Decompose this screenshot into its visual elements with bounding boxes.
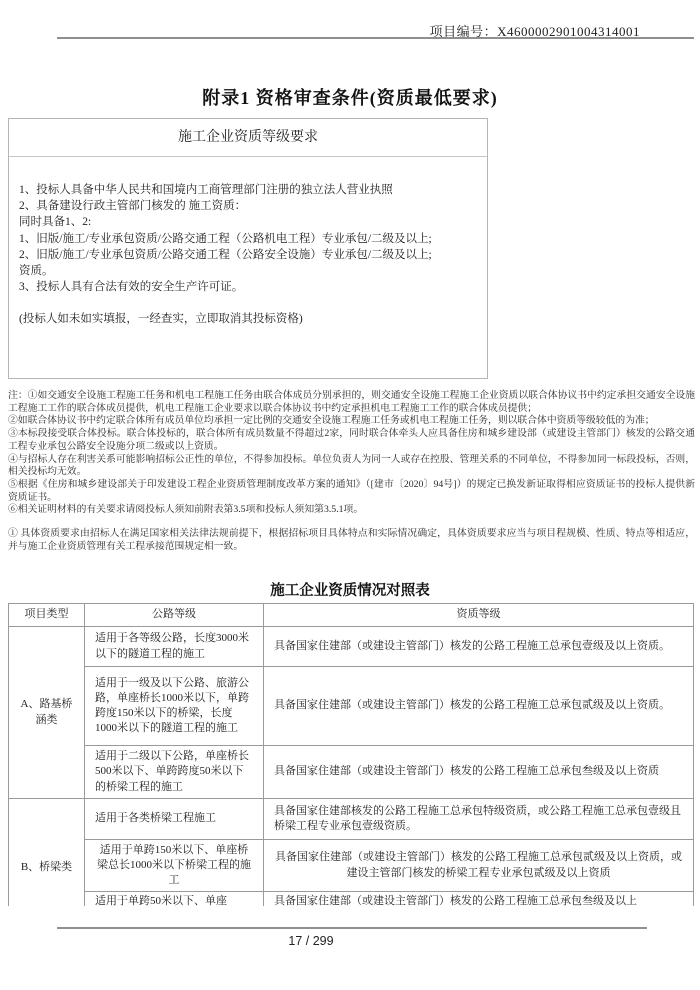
table-row: B、桥梁类 适用于各类桥梁工程施工 具备国家住建部核发的公路工程施工总承包特级资… (9, 799, 694, 840)
category-cell-b: B、桥梁类 (9, 799, 85, 907)
qualification-cell: 具备国家住建部（或建设主管部门）核发的公路工程施工总承包贰级及以上资质，或建设主… (264, 840, 694, 892)
header-rule (57, 37, 694, 39)
note-item: ④与招标人存在利害关系可能影响招标公正性的单位，不得参加投标。单位负责人为同一人… (8, 454, 695, 479)
qualification-line: 资质。 (19, 263, 477, 279)
qualification-box-title: 施工企业资质等级要求 (9, 119, 487, 157)
comparison-table-container: 项目类型 公路等级 资质等级 A、路基桥涵类 适用于各等级公路，长度3000米以… (8, 603, 695, 906)
note-item: ⑤根据《住房和城乡建设部关于印发建设工程企业资质管理制度改革方案的通知》（[建市… (8, 479, 695, 504)
note-item: ③本标段接受联合体投标。联合体投标的，联合体所有成员数量不得超过2家，同时联合体… (8, 428, 695, 453)
qualification-line: 1、投标人具备中华人民共和国境内工商管理部门注册的独立法人营业执照 (19, 182, 477, 198)
table-row: 适用于二级以下公路，单座桥长500米以下、单跨跨度50米以下的桥梁工程的施工 具… (9, 746, 694, 799)
footer-rule (57, 927, 647, 929)
note-extra: ① 具体资质要求由招标人在满足国家相关法律法规前提下，根据招标项目具体特点和实际… (8, 528, 695, 553)
table-row: 适用于单跨150米以下、单座桥梁总长1000米以下桥梁工程的施工 具备国家住建部… (9, 840, 694, 892)
qualification-warning-line: (投标人如未如实填报，一经查实，立即取消其投标资格) (19, 311, 477, 327)
document-page: 项目编号：X4600002901004314001 附录1 资格审查条件(资质最… (0, 0, 700, 990)
qualification-line: 2、旧版/施工/专业承包资质/公路交通工程（公路安全设施）专业承包/二级及以上; (19, 247, 477, 263)
category-cell-a: A、路基桥涵类 (9, 627, 85, 799)
table-row: A、路基桥涵类 适用于各等级公路，长度3000米以下的隧道工程的施工 具备国家住… (9, 627, 694, 667)
qualification-cell: 具备国家住建部（或建设主管部门）核发的公路工程施工总承包叁级及以上 (264, 892, 694, 907)
header-project-type: 项目类型 (9, 604, 85, 627)
table-row: 适用于一级及以下公路、旅游公路，单座桥长1000米以下，单跨跨度150米以下的桥… (9, 667, 694, 746)
qualification-line: 同时具备1、2: (19, 214, 477, 230)
road-grade-cell: 适用于各等级公路，长度3000米以下的隧道工程的施工 (85, 627, 264, 667)
road-grade-cell: 适用于二级以下公路，单座桥长500米以下、单跨跨度50米以下的桥梁工程的施工 (85, 746, 264, 799)
road-grade-cell: 适用于单跨150米以下、单座桥梁总长1000米以下桥梁工程的施工 (85, 840, 264, 892)
qualification-cell: 具备国家住建部（或建设主管部门）核发的公路工程施工总承包壹级及以上资质。 (264, 627, 694, 667)
header-qualification-grade: 资质等级 (264, 604, 694, 627)
qualification-line: 1、旧版/施工/专业承包资质/公路交通工程（公路机电工程）专业承包/二级及以上; (19, 231, 477, 247)
comparison-table-title: 施工企业资质情况对照表 (0, 579, 700, 600)
road-grade-cell: 适用于一级及以下公路、旅游公路，单座桥长1000米以下，单跨跨度150米以下的桥… (85, 667, 264, 746)
notes-section: 注：①如交通安全设施工程施工任务和机电工程施工任务由联合体成员分别承担的，则交通… (8, 390, 695, 553)
qualification-requirements-box: 施工企业资质等级要求 1、投标人具备中华人民共和国境内工商管理部门注册的独立法人… (8, 118, 488, 379)
comparison-table: 项目类型 公路等级 资质等级 A、路基桥涵类 适用于各等级公路，长度3000米以… (8, 603, 694, 906)
page-number: 17 / 299 (0, 934, 622, 948)
qualification-box-body: 1、投标人具备中华人民共和国境内工商管理部门注册的独立法人营业执照 2、具备建设… (9, 157, 487, 328)
note-item: ⑥相关证明材料的有关要求请阅投标人须知前附表第3.5项和投标人须知第3.5.1项… (8, 504, 695, 517)
qualification-cell: 具备国家住建部（或建设主管部门）核发的公路工程施工总承包贰级及以上资质。 (264, 667, 694, 746)
qualification-line: 2、具备建设行政主管部门核发的 施工资质： (19, 198, 477, 214)
qualification-line: 3、投标人具有合法有效的安全生产许可证。 (19, 279, 477, 295)
table-header-row: 项目类型 公路等级 资质等级 (9, 604, 694, 627)
note-item: 注：①如交通安全设施工程施工任务和机电工程施工任务由联合体成员分别承担的，则交通… (8, 390, 695, 415)
table-row: 适用于单跨50米以下、单座 具备国家住建部（或建设主管部门）核发的公路工程施工总… (9, 892, 694, 907)
header-road-grade: 公路等级 (85, 604, 264, 627)
road-grade-cell: 适用于单跨50米以下、单座 (85, 892, 264, 907)
road-grade-cell: 适用于各类桥梁工程施工 (85, 799, 264, 840)
qualification-cell: 具备国家住建部核发的公路工程施工总承包特级资质，或公路工程施工总承包壹级且桥梁工… (264, 799, 694, 840)
note-item: ②如联合体协议书中约定联合体所有成员单位均承担一定比例的交通安全设施工程施工任务… (8, 415, 695, 428)
qualification-cell: 具备国家住建部（或建设主管部门）核发的公路工程施工总承包叁级及以上资质 (264, 746, 694, 799)
page-title: 附录1 资格审查条件(资质最低要求) (0, 84, 700, 110)
